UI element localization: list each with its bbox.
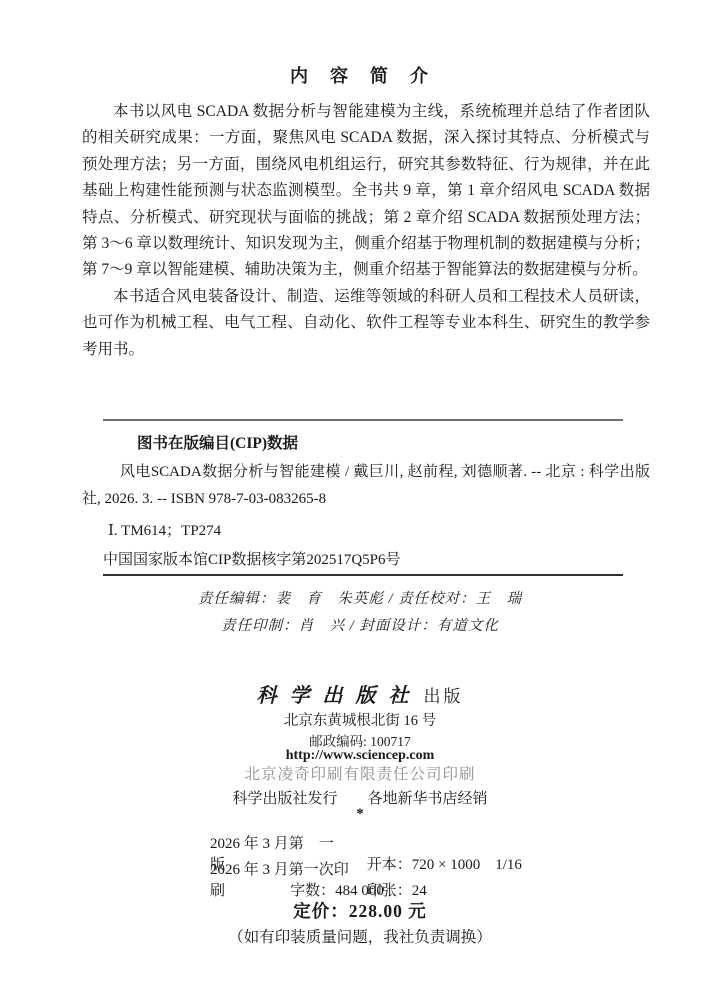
distribution-line: 科学出版社发行 各地新华书店经销 <box>0 787 720 808</box>
cip-classification: Ⅰ. TM614；TP274 <box>108 519 221 540</box>
postcode: 邮政编码: 100717 <box>0 730 720 750</box>
printer-name: 北京凌奇印刷有限责任公司印刷 <box>0 762 720 784</box>
separator-asterisk: * <box>0 806 720 823</box>
cip-bottom-rule <box>103 574 623 576</box>
cip-heading: 图书在版编目(CIP)数据 <box>137 431 298 453</box>
intro-paragraph-2: 本书适合风电装备设计、制造、运维等领域的科研人员和工程技术人员研读，也可作为机械… <box>82 284 650 363</box>
publisher-line: 科学出版社出版 <box>0 679 720 708</box>
credits-line-printing: 责任印制：肖 兴 / 封面设计：有道文化 <box>0 613 720 640</box>
quality-note: （如有印装质量问题，我社负责调换） <box>0 925 720 947</box>
publisher-logo: 科学出版社 <box>257 685 422 707</box>
word-count: 字数：484 000 <box>0 879 674 900</box>
publisher-suffix: 出版 <box>424 687 464 706</box>
price: 定价：228.00 元 <box>0 898 720 923</box>
staff-credits: 责任编辑：裴 育 朱英彪 / 责任校对：王 瑞 责任印制：肖 兴 / 封面设计：… <box>0 586 720 640</box>
publisher-address: 北京东黄城根北街 16 号 <box>0 709 720 730</box>
intro-paragraph-1: 本书以风电 SCADA 数据分析与智能建模为主线，系统梳理并总结了作者团队的相关… <box>82 99 650 284</box>
cip-record-number: 中国国家版本馆CIP数据核字第202517Q5P6号 <box>103 548 401 569</box>
cip-top-rule <box>103 419 623 421</box>
intro-title: 内 容 简 介 <box>0 62 720 88</box>
book-copyright-page: 内 容 简 介 本书以风电 SCADA 数据分析与智能建模为主线，系统梳理并总结… <box>0 0 720 1000</box>
intro-section: 本书以风电 SCADA 数据分析与智能建模为主线，系统梳理并总结了作者团队的相关… <box>82 99 650 363</box>
cip-entry: 风电SCADA数据分析与智能建模 / 戴巨川, 赵前程, 刘德顺著. -- 北京… <box>82 459 650 513</box>
credits-line-editors: 责任编辑：裴 育 朱英彪 / 责任校对：王 瑞 <box>0 586 720 613</box>
